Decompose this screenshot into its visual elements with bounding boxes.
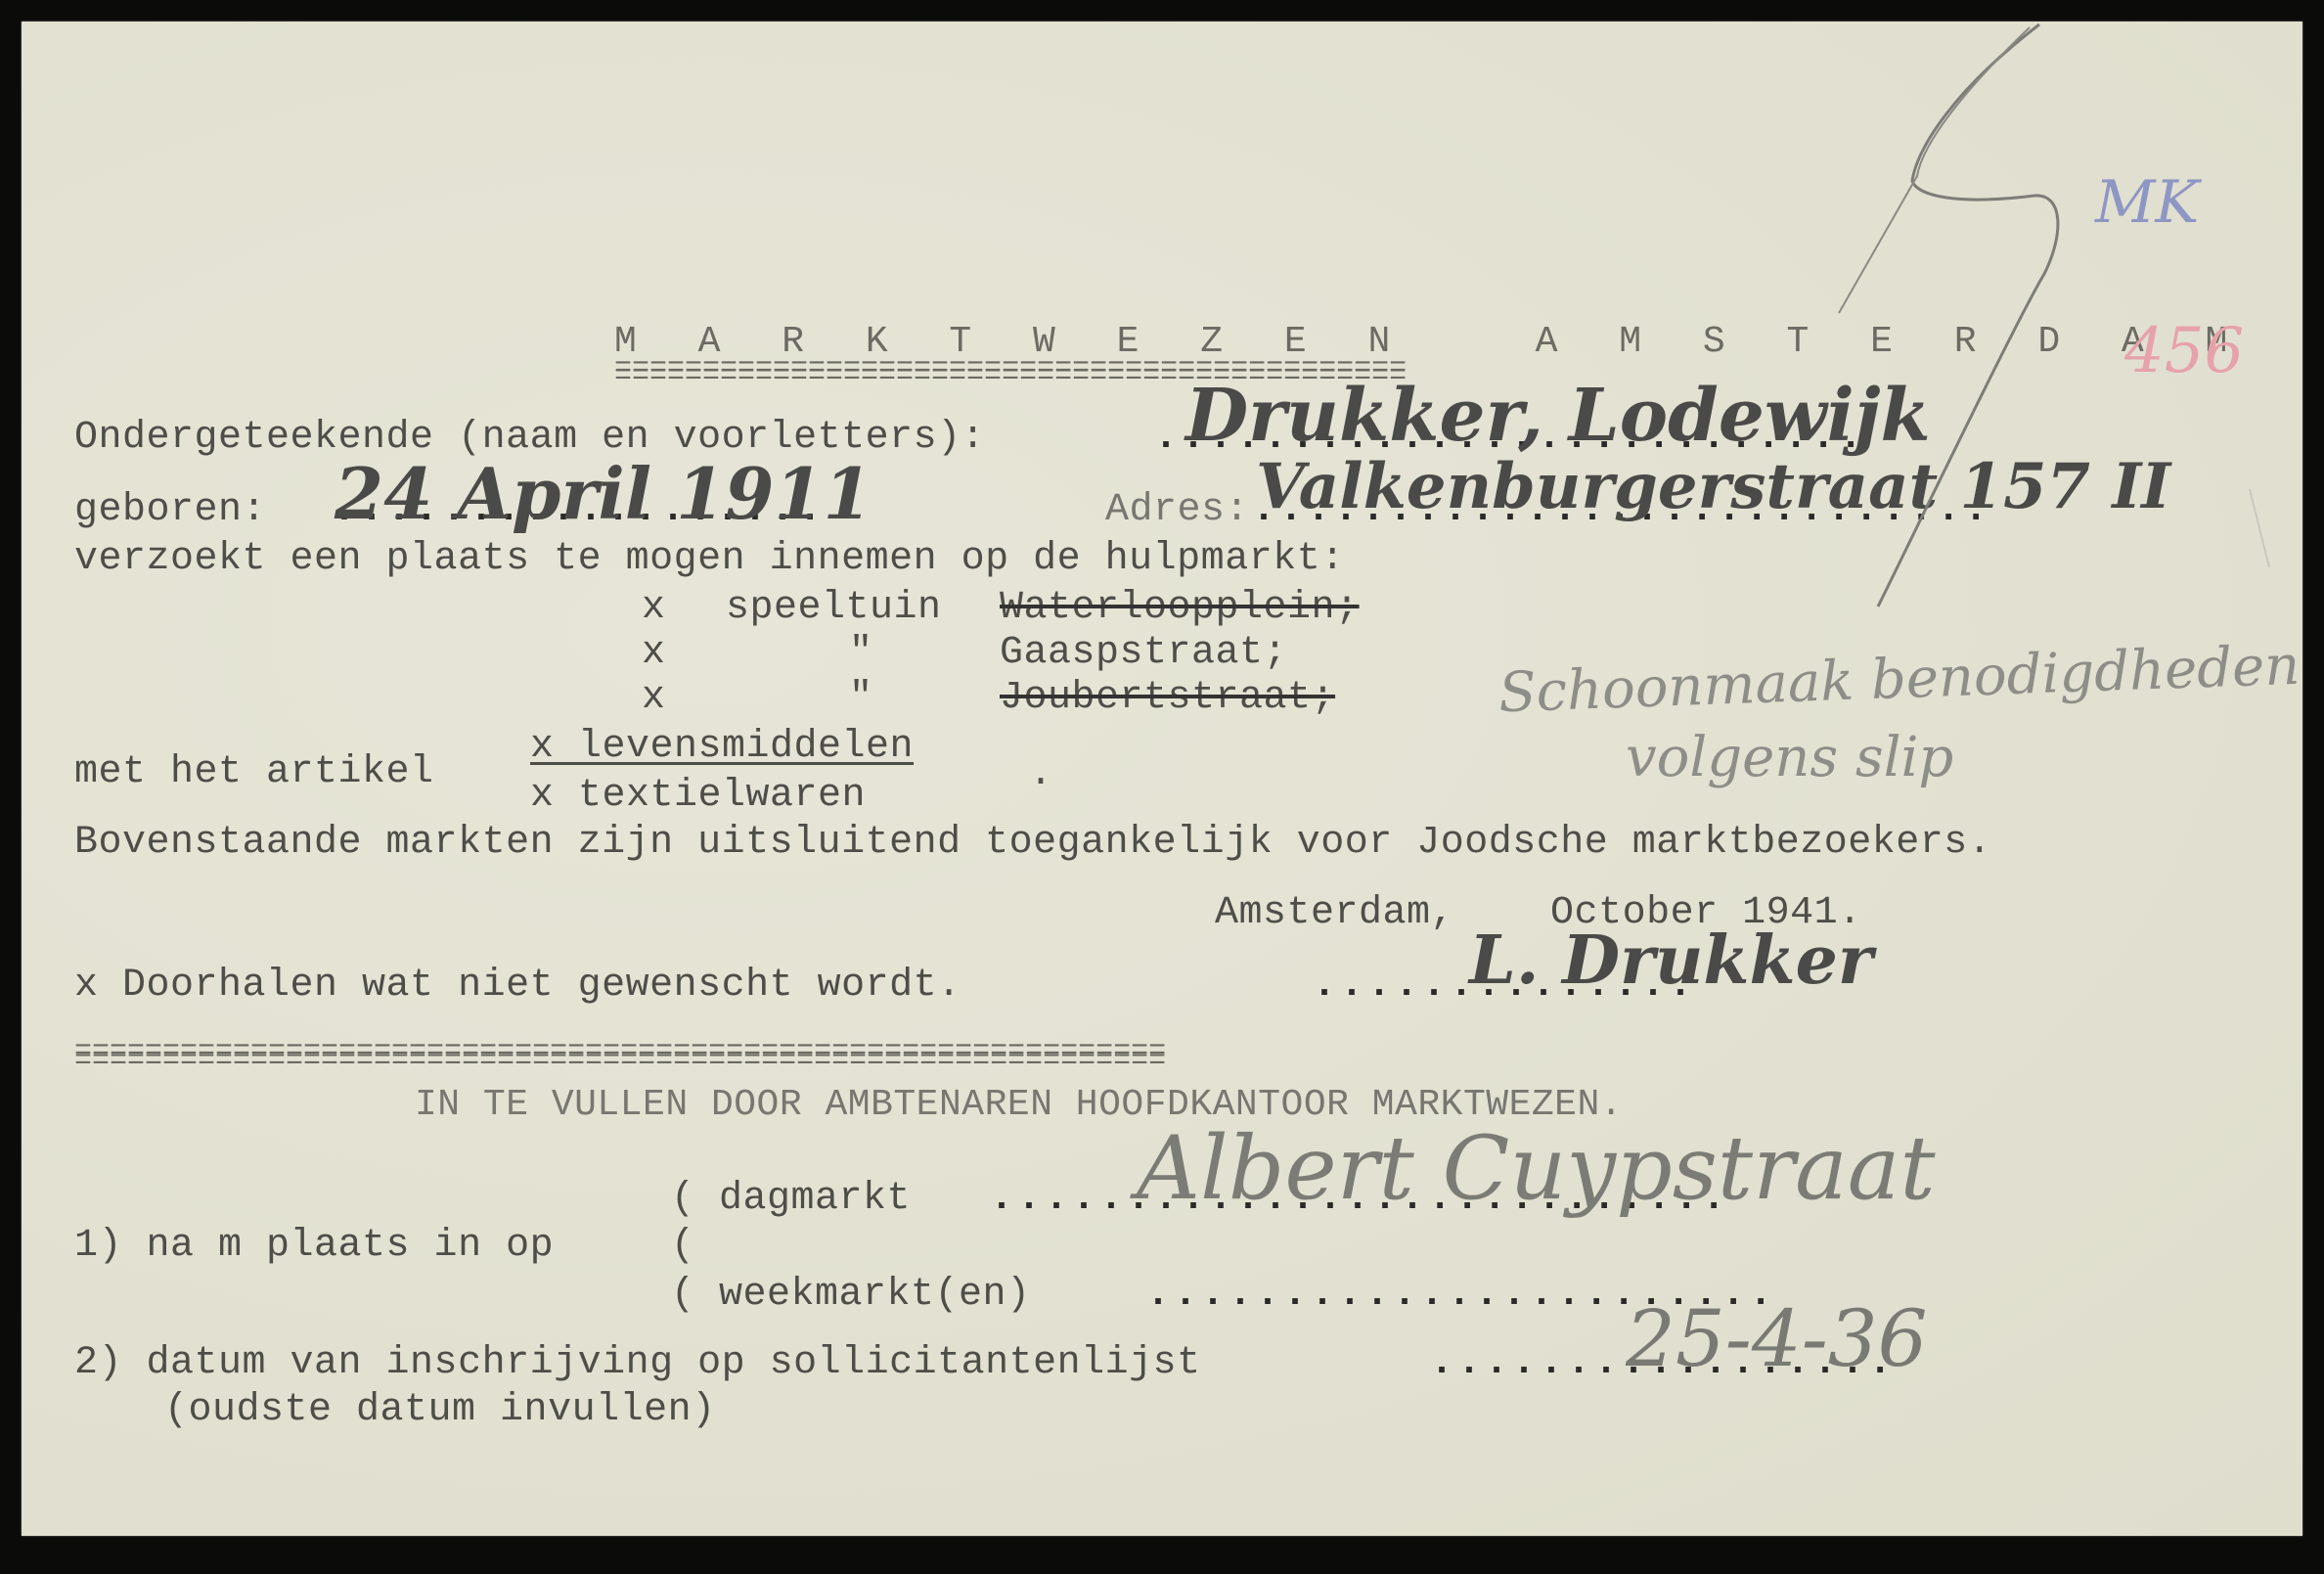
born-field[interactable]: 24 April 1911 <box>335 452 872 535</box>
item2-sub: (oudste datum invullen) <box>164 1389 716 1432</box>
item1-label: 1) na m plaats in op <box>74 1225 554 1268</box>
notice-text: Bovenstaande markten zijn uitsluitend to… <box>74 822 1991 865</box>
address-label: Adres: <box>1105 489 1249 532</box>
market-mark: x <box>642 587 666 630</box>
request-text: verzoekt een plaats te mogen innemen op … <box>74 538 1345 581</box>
market-prefix: " <box>849 632 873 675</box>
name-field[interactable]: Drukker, Lodewijk <box>1185 374 1931 458</box>
market-option-gaaspstraat[interactable]: Gaaspstraat; <box>1000 632 1287 675</box>
strike-instruction: x Doorhalen wat niet gewenscht wordt. <box>74 965 961 1008</box>
article-option-textielwaren[interactable]: x textielwaren <box>530 775 866 818</box>
item2-label: 2) datum van inschrijving op sollicitant… <box>74 1342 1201 1385</box>
section-separator-2: ========================================… <box>74 1057 1166 1066</box>
market-mark: x <box>642 677 666 720</box>
item1-bracket: ( <box>671 1225 695 1268</box>
signature-field[interactable]: L. Drukker <box>1469 922 1873 1000</box>
registration-date-field[interactable]: 25-4-36 <box>1626 1293 1928 1384</box>
dagmarkt-field[interactable]: Albert Cuypstraat <box>1137 1117 1936 1220</box>
market-prefix: " <box>849 677 873 720</box>
market-option-joubertstraat[interactable]: Joubertstraat; <box>1000 677 1335 720</box>
born-label: geboren: <box>74 489 266 532</box>
market-mark: x <box>642 632 666 675</box>
red-pencil-mark: 456 <box>2124 315 2244 387</box>
article-end: . <box>1029 753 1053 796</box>
document-card: M A R K T W E Z E N A M S T E R D A M ==… <box>22 22 2302 1536</box>
market-option-waterlooplein[interactable]: Waterloopplein; <box>1000 587 1360 630</box>
address-field[interactable]: Valkenburgerstraat 157 II <box>1256 450 2170 523</box>
side-note-line-1: Schoonmaak benodigdheden <box>1497 634 2301 726</box>
weekmarkt-label: ( weekmarkt(en) <box>671 1274 1031 1317</box>
side-note-line-2: volgens slip <box>1626 726 1953 789</box>
article-option-levensmiddelen[interactable]: x levensmiddelen <box>530 726 914 769</box>
dagmarkt-label: ( dagmarkt <box>671 1178 911 1221</box>
blue-pencil-mark: MK <box>2095 168 2199 237</box>
market-prefix: speeltuin <box>726 587 942 630</box>
article-label: met het artikel <box>74 751 434 794</box>
